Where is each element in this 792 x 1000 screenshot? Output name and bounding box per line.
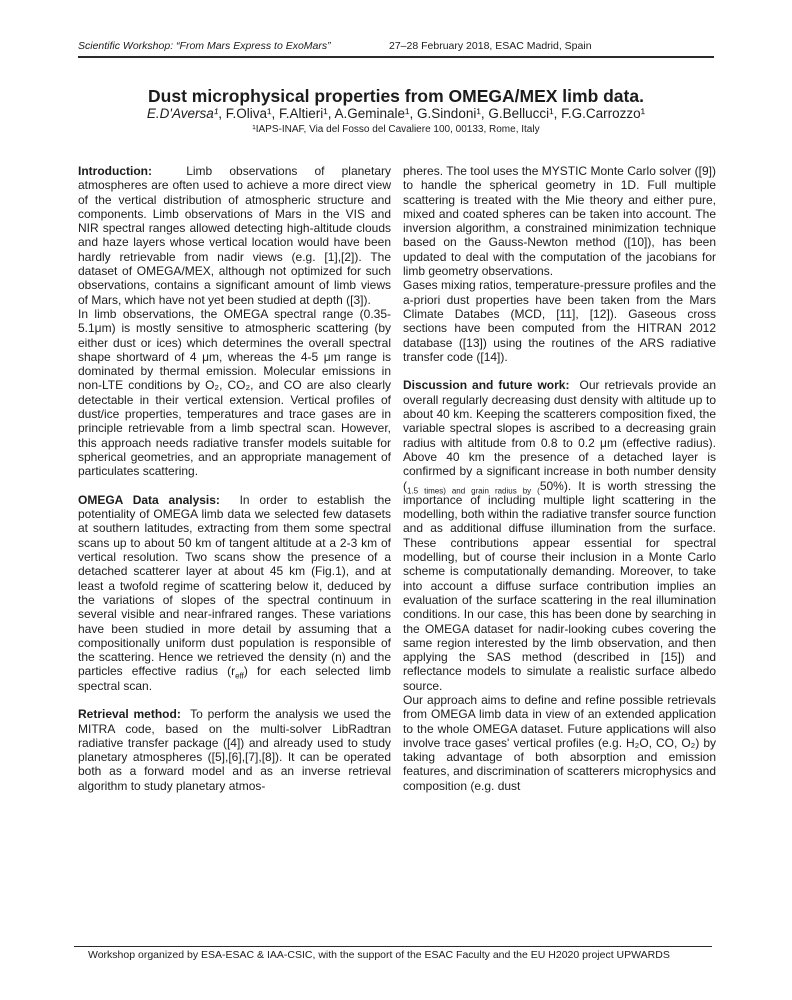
paragraph: In limb observations, the OMEGA spectral… — [78, 307, 391, 479]
section-paragraph: Discussion and future work: Our retrieva… — [403, 378, 716, 693]
affiliation: ¹IAPS-INAF, Via del Fosso del Cavaliere … — [0, 124, 792, 135]
paragraph: Gases mixing ratios, temperature-pressur… — [403, 278, 716, 364]
paper-title: Dust microphysical properties from OMEGA… — [0, 86, 792, 107]
section-paragraph: OMEGA Data analysis: In order to establi… — [78, 493, 391, 693]
subscript: eff — [235, 672, 244, 681]
section-paragraph: Retrieval method: To perform the analysi… — [78, 707, 391, 793]
section-heading: Retrieval method: — [78, 707, 181, 721]
section-heading: Introduction: — [78, 164, 152, 178]
subscript: 1.5 times) and grain radius by ( — [407, 486, 540, 495]
article-body: Introduction: Limb observations of plane… — [78, 164, 717, 916]
section-heading: OMEGA Data analysis: — [78, 493, 220, 507]
running-head-workshop: Scientific Workshop: “From Mars Express … — [78, 40, 331, 52]
running-head-date: 27–28 February 2018, ESAC Madrid, Spain — [389, 40, 592, 52]
paragraph: Our approach aims to define and refine p… — [403, 693, 716, 793]
paragraph: pheres. The tool uses the MYSTIC Monte C… — [403, 164, 716, 278]
header-divider — [78, 56, 714, 58]
right-column: pheres. The tool uses the MYSTIC Monte C… — [403, 164, 716, 916]
first-author: E.D'Aversa¹ — [147, 106, 218, 121]
authors-line: E.D'Aversa¹, F.Oliva¹, F.Altieri¹, A.Gem… — [0, 106, 792, 121]
footer-divider — [74, 946, 712, 947]
paper-page: Scientific Workshop: “From Mars Express … — [0, 0, 792, 1000]
left-column: Introduction: Limb observations of plane… — [78, 164, 391, 916]
running-head: Scientific Workshop: “From Mars Express … — [78, 40, 714, 56]
section-paragraph: Introduction: Limb observations of plane… — [78, 164, 391, 307]
coauthors: , F.Oliva¹, F.Altieri¹, A.Geminale¹, G.S… — [218, 106, 645, 121]
section-heading: Discussion and future work: — [403, 378, 569, 392]
footer-text: Workshop organized by ESA-ESAC & IAA-CSI… — [88, 949, 714, 961]
